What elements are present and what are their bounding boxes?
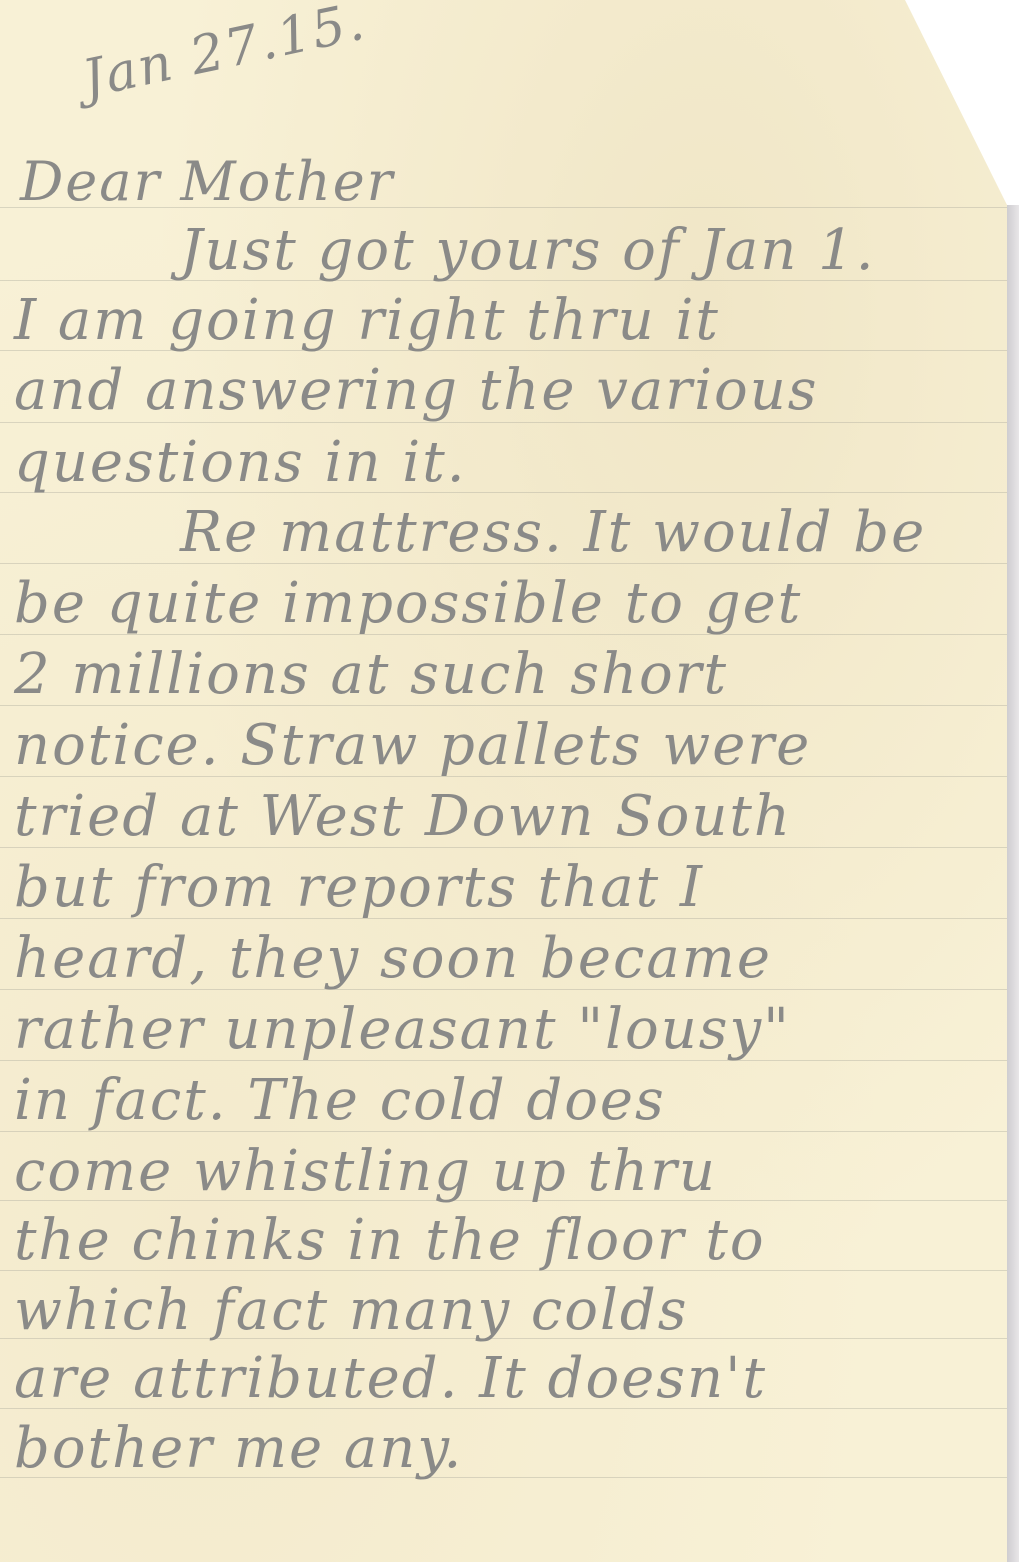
letter-line: bother me any.	[14, 1416, 463, 1481]
letter-line: I am going right thru it	[14, 288, 720, 353]
letter-line: in fact. The cold does	[14, 1068, 666, 1133]
letter-line: Re mattress. It would be	[180, 500, 926, 565]
letter-line: tried at West Down South	[14, 784, 792, 849]
letter-salutation: Dear Mother	[20, 150, 394, 213]
letter-line: be quite impossible to get	[14, 571, 802, 636]
letter-line: rather unpleasant "lousy"	[14, 997, 791, 1062]
letter-line: heard, they soon became	[14, 926, 772, 991]
letter-line: which fact many colds	[14, 1278, 689, 1343]
letter-scan: Jan 27.15. Dear Mother Just got yours of…	[0, 0, 1019, 1562]
letter-line: the chinks in the floor to	[14, 1208, 766, 1273]
letter-line: questions in it.	[14, 430, 467, 495]
adjacent-page-edge	[1007, 205, 1019, 1562]
letter-line: Just got yours of Jan 1.	[180, 218, 876, 283]
letter-line: and answering the various	[14, 358, 819, 423]
letter-line: but from reports that I	[14, 855, 704, 920]
letter-page: Jan 27.15. Dear Mother Just got yours of…	[0, 0, 1007, 1562]
letter-line: notice. Straw pallets were	[14, 713, 811, 778]
letter-line: are attributed. It doesn't	[14, 1346, 767, 1411]
letter-line: 2 millions at such short	[14, 642, 728, 707]
letter-date: Jan 27.15.	[78, 0, 371, 110]
letter-line: come whistling up thru	[14, 1139, 717, 1204]
